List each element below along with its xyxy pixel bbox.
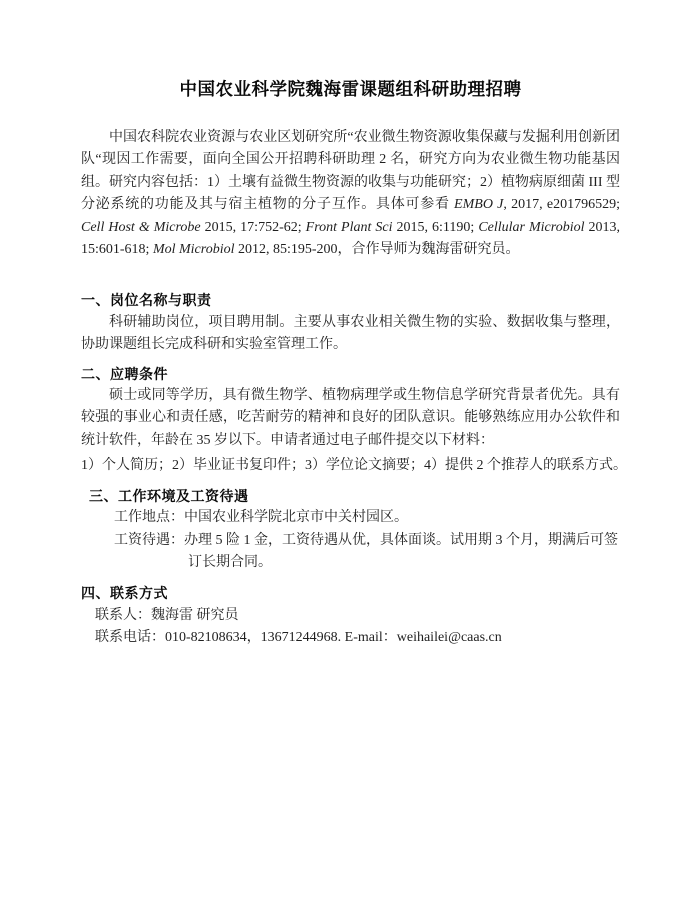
section-position-duties: 一、岗位名称与职责 科研辅助岗位，项目聘用制。主要从事农业相关微生物的实验、数据…: [81, 289, 620, 356]
section-4-heading: 四、联系方式: [81, 582, 620, 604]
document-title: 中国农业科学院魏海雷课题组科研助理招聘: [81, 78, 620, 100]
application-materials-list: 1）个人简历；2）毕业证书复印件；3）学位论文摘要；4）提供 2 个推荐人的联系…: [81, 455, 620, 477]
section-2-body: 硕士或同等学历，具有微生物学、植物病理学或生物信息学研究背景者优先。具有较强的事…: [81, 385, 620, 452]
journal-name-cell-host-microbe: Cell Host & Microbe: [81, 220, 201, 235]
section-contact: 四、联系方式 联系人：魏海雷 研究员 联系电话：010-82108634，136…: [81, 582, 620, 649]
section-salary: 三、工作环境及工资待遇 工作地点：中国农业科学院北京市中关村园区。 工资待遇：办…: [81, 485, 620, 575]
journal-name-front-plant-sci: Front Plant Sci: [306, 220, 393, 235]
journal-name-embo-j: EMBO J: [454, 197, 503, 212]
section-3-heading: 三、工作环境及工资待遇: [81, 485, 620, 507]
work-location-line: 工作地点：中国农业科学院北京市中关村园区。: [81, 507, 620, 529]
journal-name-cellular-microbiol: Cellular Microbiol: [478, 220, 584, 235]
section-1-body: 科研辅助岗位，项目聘用制。主要从事农业相关微生物的实验、数据收集与整理，协助课题…: [81, 312, 620, 357]
intro-text-4: 2015, 6:1190;: [392, 220, 478, 235]
contact-phone-line: 联系电话：010-82108634，13671244968. E-mail：we…: [81, 627, 620, 649]
section-1-heading: 一、岗位名称与职责: [81, 289, 620, 311]
intro-text-3: 2015, 17:752-62;: [201, 220, 306, 235]
salary-line: 工资待遇：办理 5 险 1 金，工资待遇从优，具体面谈。试用期 3 个月，期满后…: [81, 530, 620, 575]
journal-name-mol-microbiol: Mol Microbiol: [153, 242, 235, 257]
section-requirements: 二、应聘条件 硕士或同等学历，具有微生物学、植物病理学或生物信息学研究背景者优先…: [81, 363, 620, 478]
section-2-heading: 二、应聘条件: [81, 363, 620, 385]
intro-text-2: , 2017, e201796529;: [503, 197, 620, 212]
document-page: 中国农业科学院魏海雷课题组科研助理招聘 中国农科院农业资源与农业区划研究所“农业…: [0, 0, 696, 900]
contact-person-line: 联系人：魏海雷 研究员: [81, 605, 620, 627]
document-content: 中国农业科学院魏海雷课题组科研助理招聘 中国农科院农业资源与农业区划研究所“农业…: [81, 78, 620, 650]
intro-paragraph: 中国农科院农业资源与农业区划研究所“农业微生物资源收集保藏与发掘利用创新团队“现…: [81, 127, 620, 261]
intro-text-6: 2012, 85:195-200，合作导师为魏海雷研究员。: [234, 242, 519, 257]
